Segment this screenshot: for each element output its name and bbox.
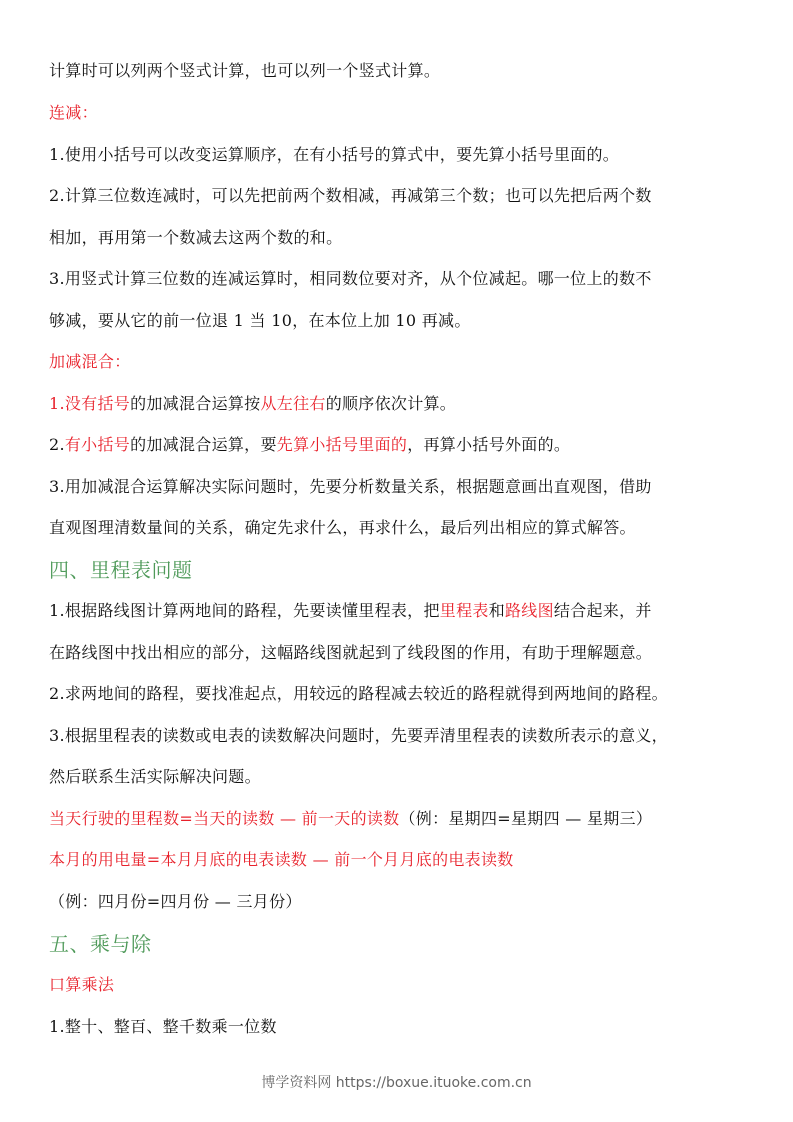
lianjian-item-2-line-2: 相加，再用第一个数减去这两个数的和。: [49, 228, 342, 248]
formula-text: 当天行驶的里程数=当天的读数 — 前一天的读数: [49, 809, 399, 828]
licheng-item-3-line-2: 然后联系生活实际解决问题。: [49, 767, 261, 787]
licheng-item-3-line-1: 3.根据里程表的读数或电表的读数解决问题时，先要弄清里程表的读数所表示的意义，: [49, 726, 668, 746]
jiajian-item-3-line-2: 直观图理清数量间的关系，确定先求什么，再求什么，最后列出相应的算式解答。: [49, 518, 636, 538]
cheng-chu-item-1: 1.整十、整百、整千数乘一位数: [49, 1017, 277, 1037]
highlight-text: 路线图: [505, 601, 554, 620]
lianjian-item-3-line-1: 3.用竖式计算三位数的连减运算时，相同数位要对齐，从个位减起。哪一位上的数不: [49, 269, 652, 289]
body-text: 的顺序依次计算。: [326, 394, 456, 413]
body-text: 的加减混合运算按: [130, 394, 260, 413]
lianjian-item-2-line-1: 2.计算三位数连减时，可以先把前两个数相减，再减第三个数；也可以先把后两个数: [49, 186, 652, 206]
item-number: 1.: [49, 394, 65, 413]
licheng-item-1-line-1: 1.根据路线图计算两地间的路程，先要读懂里程表，把里程表和路线图结合起来，并: [49, 601, 652, 621]
highlight-text: 没有括号: [65, 394, 130, 413]
subheading-lianjian: 连减：: [49, 103, 98, 123]
highlight-text: 有小括号: [65, 435, 130, 454]
licheng-item-2: 2.求两地间的路程，要找准起点，用较远的路程减去较近的路程就得到两地间的路程。: [49, 684, 668, 704]
body-text: 1.根据路线图计算两地间的路程，先要读懂里程表，把: [49, 601, 440, 620]
item-number: 2.: [49, 435, 65, 454]
footer-watermark: 博学资料网 https://boxue.ituoke.com.cn: [0, 1072, 793, 1092]
jiajian-item-3-line-1: 3.用加减混合运算解决实际问题时，先要分析数量关系，根据题意画出直观图，借助: [49, 477, 652, 497]
highlight-text: 从左往右: [260, 394, 325, 413]
intro-line: 计算时可以列两个竖式计算，也可以列一个竖式计算。: [49, 61, 440, 81]
electricity-formula-example: （例：四月份=四月份 — 三月份）: [49, 892, 302, 912]
jiajian-item-1: 1.没有括号的加减混合运算按从左往右的顺序依次计算。: [49, 394, 456, 414]
document-page: 计算时可以列两个竖式计算，也可以列一个竖式计算。 连减： 1.使用小括号可以改变…: [0, 0, 793, 1122]
body-text: 结合起来，并: [554, 601, 652, 620]
section-heading-cheng-chu: 五、乘与除: [49, 931, 152, 957]
licheng-item-1-line-2: 在路线图中找出相应的部分，这幅路线图就起到了线段图的作用，有助于理解题意。: [49, 643, 652, 663]
body-text: 的加减混合运算，要: [130, 435, 277, 454]
formula-example: （例：星期四=星期四 — 星期三）: [399, 809, 652, 828]
highlight-text: 里程表: [440, 601, 489, 620]
body-text: ，再算小括号外面的。: [407, 435, 570, 454]
subheading-kousuan-chengfa: 口算乘法: [49, 975, 114, 995]
highlight-text: 先算小括号里面的: [277, 435, 407, 454]
lianjian-item-3-line-2: 够减，要从它的前一位退 1 当 10，在本位上加 10 再减。: [49, 311, 471, 331]
body-text: 和: [489, 601, 505, 620]
mileage-formula: 当天行驶的里程数=当天的读数 — 前一天的读数（例：星期四=星期四 — 星期三）: [49, 809, 652, 829]
electricity-formula: 本月的用电量=本月月底的电表读数 — 前一个月月底的电表读数: [49, 850, 514, 870]
lianjian-item-1: 1.使用小括号可以改变运算顺序，在有小括号的算式中，要先算小括号里面的。: [49, 145, 619, 165]
subheading-jiajian-hunhe: 加减混合：: [49, 352, 131, 372]
section-heading-licheng: 四、里程表问题: [49, 557, 193, 583]
jiajian-item-2: 2.有小括号的加减混合运算，要先算小括号里面的，再算小括号外面的。: [49, 435, 570, 455]
